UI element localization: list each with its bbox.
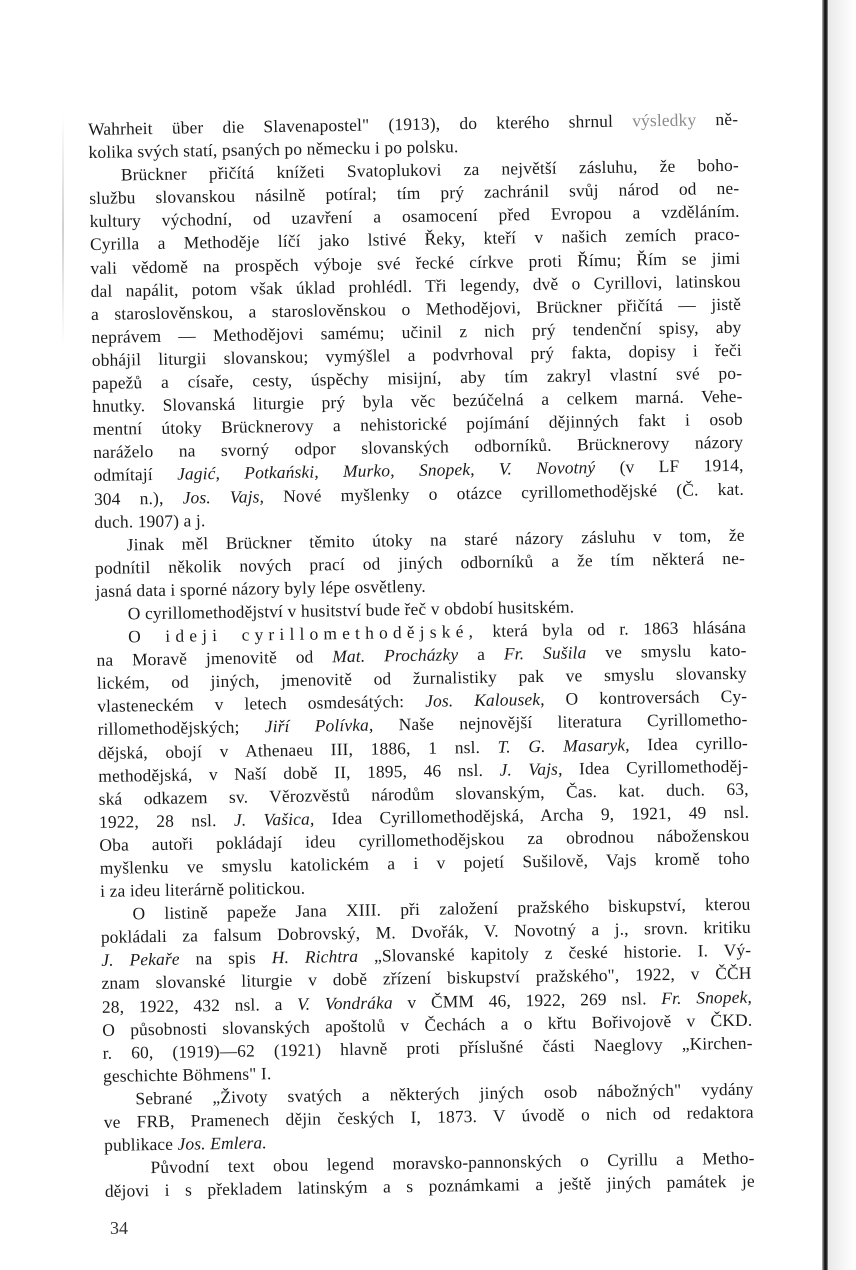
- italic-citation: V. Vondráka: [297, 992, 393, 1013]
- text-run: 28, 1922, 432 nsl. a: [102, 993, 298, 1016]
- text-run: ně-: [696, 109, 738, 130]
- italic-citation: T. G. Masaryk,: [498, 734, 630, 756]
- text-run: Idea cyrillo-: [629, 732, 748, 754]
- italic-citation: J. Vašica,: [234, 808, 315, 829]
- text-run: dějská, obojí v Athenaeu III, 1886, 1 ns…: [98, 736, 498, 762]
- text-run: ve smyslu kato-: [586, 640, 746, 663]
- italic-citation: Jos. Emlera.: [177, 1132, 267, 1153]
- text-run: na Moravě jmenovitě od: [96, 646, 332, 670]
- text-run: duch. 1907) a j.: [94, 510, 205, 532]
- text-run: geschichte Böhmens" I.: [103, 1063, 272, 1086]
- text-run: vlasteneckém v letech osmdesátých:: [97, 691, 425, 716]
- scan-margin-mark: [62, 115, 64, 345]
- italic-citation: H. Richtra: [272, 946, 359, 967]
- italic-citation: Mat. Procházky: [332, 644, 458, 666]
- text-run: v ČMM 46, 1922, 269 nsl.: [393, 988, 662, 1012]
- text-run: rillomethodějských;: [97, 717, 264, 740]
- text-run: O kontroversách Cy-: [544, 686, 747, 709]
- text-run: publikace: [104, 1134, 178, 1155]
- text-run: 1922, 28 nsl.: [99, 810, 234, 832]
- text-run: i za ideu literárně politickou.: [100, 878, 305, 901]
- text-run: Idea Cyrillomethoděj-: [562, 755, 748, 778]
- book-spine-edge: [822, 0, 828, 1270]
- text-run: kolika svých statí, psaných po německu i…: [88, 136, 458, 162]
- text-run: Naše nejnovější literatura Cyrillometho-: [373, 709, 747, 735]
- text-run: (v LF 1914,: [595, 455, 744, 477]
- text-run: 304 n.),: [94, 487, 183, 508]
- text-run: odmítají: [93, 464, 177, 485]
- text-run: a: [458, 644, 504, 665]
- italic-citation: Jos. Kalousek,: [425, 689, 545, 711]
- text-run: výsledky: [632, 109, 696, 130]
- italic-citation: J. Vajs,: [499, 758, 562, 779]
- body-text: Wahrheit über die Slavenapostel" (1913),…: [88, 108, 755, 1203]
- italic-citation: Jos. Vajs,: [182, 486, 264, 507]
- spaced-emphasis: O ideji cyrillomethodějské,: [128, 621, 478, 646]
- text-run: na spis: [180, 948, 272, 969]
- italic-citation: Fr. Sušila: [504, 642, 587, 663]
- text-run: jasná data i sporné názory byly lépe osv…: [95, 576, 426, 601]
- page-number: 34: [110, 1218, 128, 1239]
- italic-citation: Jiří Polívka,: [265, 715, 374, 737]
- text-run: která byla od r. 1863 hlásána: [478, 617, 746, 641]
- italic-citation: Fr. Snopek,: [661, 986, 752, 1007]
- italic-citation: J. Pekaře: [101, 949, 180, 970]
- page-edge-shadow: [828, 0, 856, 1270]
